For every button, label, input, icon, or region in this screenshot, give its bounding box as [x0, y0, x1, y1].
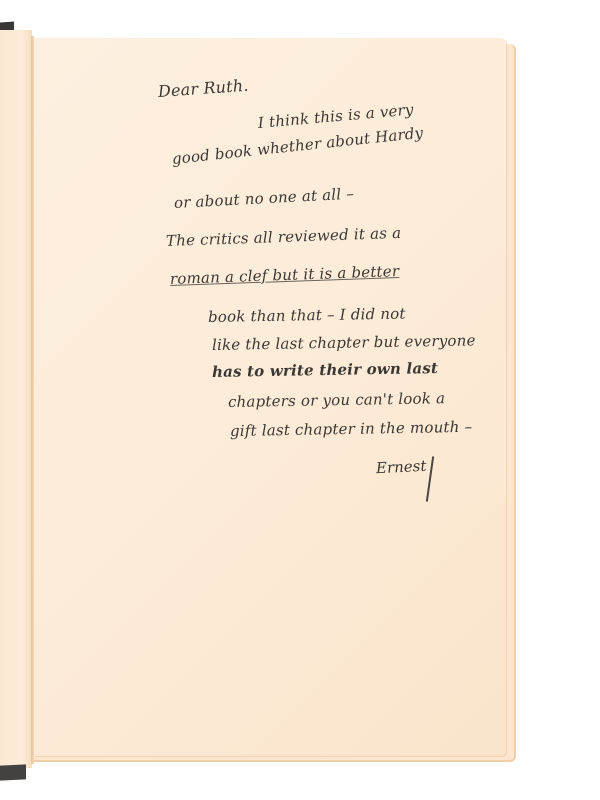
inscription-salutation: Dear Ruth.	[157, 76, 249, 101]
inscription-signature: Ernest	[376, 457, 427, 478]
book-cover-bottom-corner	[0, 764, 26, 780]
inscription-line: The critics all reviewed it as a	[166, 224, 402, 250]
signature-flourish	[426, 456, 434, 502]
inscription-line: roman a clef but it is a better	[170, 262, 400, 288]
inscription-line: has to write their own last	[212, 359, 438, 381]
inscription-line: like the last chapter but everyone	[212, 331, 476, 354]
inscription-line: gift last chapter in the mouth –	[230, 418, 473, 440]
handwritten-inscription: Dear Ruth. I think this is a very good b…	[34, 38, 506, 756]
inscription-line: book than that – I did not	[208, 305, 406, 326]
inscription-line: or about no one at all –	[174, 185, 355, 212]
facing-pastedown-page	[0, 30, 32, 768]
inscription-line: good book whether about Hardy	[171, 124, 424, 168]
book-photo: Dear Ruth. I think this is a very good b…	[0, 0, 600, 800]
inscription-line: chapters or you can't look a	[228, 389, 446, 411]
endpaper-page: Dear Ruth. I think this is a very good b…	[34, 38, 506, 756]
